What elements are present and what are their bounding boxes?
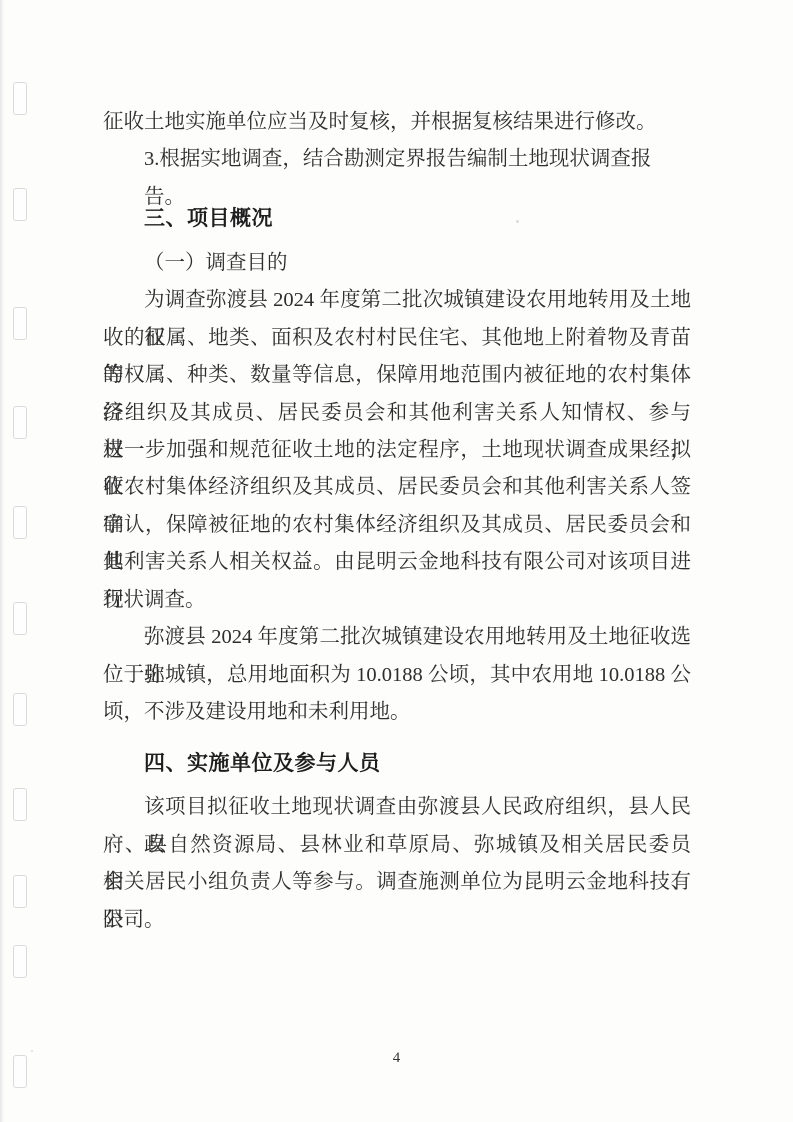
text-line: 公司。 bbox=[103, 902, 691, 939]
text-line: 位于弥城镇，总用地面积为 10.0188 公顷，其中农用地 10.0188 公 bbox=[103, 657, 691, 694]
text-line: 进一步加强和规范征收土地的法定程序，土地现状调查成果经拟征 bbox=[103, 432, 691, 469]
text-line: 府、县自然资源局、县林业和草原局、弥城镇及相关居民委员会、 bbox=[103, 827, 691, 864]
text-line: 该项目拟征收土地现状调查由弥渡县人民政府组织，县人民政 bbox=[103, 789, 691, 826]
scan-page-edge bbox=[0, 0, 4, 1122]
section-3-heading: 三、项目概况 bbox=[103, 200, 691, 237]
text-line: 他利害关系人相关权益。由昆明云金地科技有限公司对该项目进行 bbox=[103, 544, 691, 581]
para-participants: 该项目拟征收土地现状调查由弥渡县人民政府组织，县人民政府、县自然资源局、县林业和… bbox=[103, 789, 691, 939]
text-line: 确认，保障被征地的农村集体经济组织及其成员、居民委员会和其 bbox=[103, 507, 691, 544]
document-page: { "page": { "number": "4", "background":… bbox=[0, 0, 793, 1122]
binding-hole bbox=[13, 602, 27, 635]
heading-text: 四、实施单位及参与人员 bbox=[144, 752, 381, 775]
text-line: 顷，不涉及建设用地和未利用地。 bbox=[103, 694, 691, 731]
text-line: 弥渡县 2024 年度第二批次城镇建设农用地转用及土地征收选址 bbox=[103, 619, 691, 656]
binding-hole bbox=[13, 788, 27, 821]
binding-hole bbox=[13, 506, 27, 539]
text-line: 收的权属、地类、面积及农村村民住宅、其他地上附着物及青苗等 bbox=[103, 320, 691, 357]
document-content: 征收土地实施单位应当及时复核，并根据复核结果进行修改。3.根据实地调查，结合勘测… bbox=[103, 104, 691, 939]
para-recheck: 征收土地实施单位应当及时复核，并根据复核结果进行修改。3.根据实地调查，结合勘测… bbox=[103, 104, 691, 179]
binding-hole bbox=[13, 82, 27, 115]
scan-speck bbox=[516, 220, 519, 223]
para-project-location: 弥渡县 2024 年度第二批次城镇建设农用地转用及土地征收选址位于弥城镇，总用地… bbox=[103, 619, 691, 731]
text-line: 相关居民小组负责人等参与。调查施测单位为昆明云金地科技有限 bbox=[103, 864, 691, 901]
page-number: 4 bbox=[0, 1050, 793, 1067]
heading-text: 三、项目概况 bbox=[144, 207, 273, 230]
text-line: 的权属、种类、数量等信息，保障用地范围内被征地的农村集体经 bbox=[103, 357, 691, 394]
binding-hole bbox=[13, 406, 27, 439]
text-line: 3.根据实地调查，结合勘测定界报告编制土地现状调查报告。 bbox=[103, 141, 691, 178]
text-line: 收农村集体经济组织及其成员、居民委员会和其他利害关系人签字 bbox=[103, 469, 691, 506]
section-4-heading: 四、实施单位及参与人员 bbox=[103, 745, 691, 782]
text-line: 为调查弥渡县 2024 年度第二批次城镇建设农用地转用及土地征 bbox=[103, 282, 691, 319]
subheading-text: （一）调查目的 bbox=[144, 252, 288, 274]
binding-hole bbox=[13, 188, 27, 221]
section-3-1-subheading: （一）调查目的 bbox=[103, 245, 691, 282]
binding-hole bbox=[13, 875, 27, 908]
text-line: 现状调查。 bbox=[103, 582, 691, 619]
para-survey-purpose: 为调查弥渡县 2024 年度第二批次城镇建设农用地转用及土地征收的权属、地类、面… bbox=[103, 282, 691, 619]
text-line: 济组织及其成员、居民委员会和其他利害关系人知情权、参与权， bbox=[103, 395, 691, 432]
binding-hole bbox=[13, 693, 27, 726]
text-line: 征收土地实施单位应当及时复核，并根据复核结果进行修改。 bbox=[103, 104, 691, 141]
binding-hole bbox=[13, 307, 27, 340]
binding-hole bbox=[13, 945, 27, 978]
